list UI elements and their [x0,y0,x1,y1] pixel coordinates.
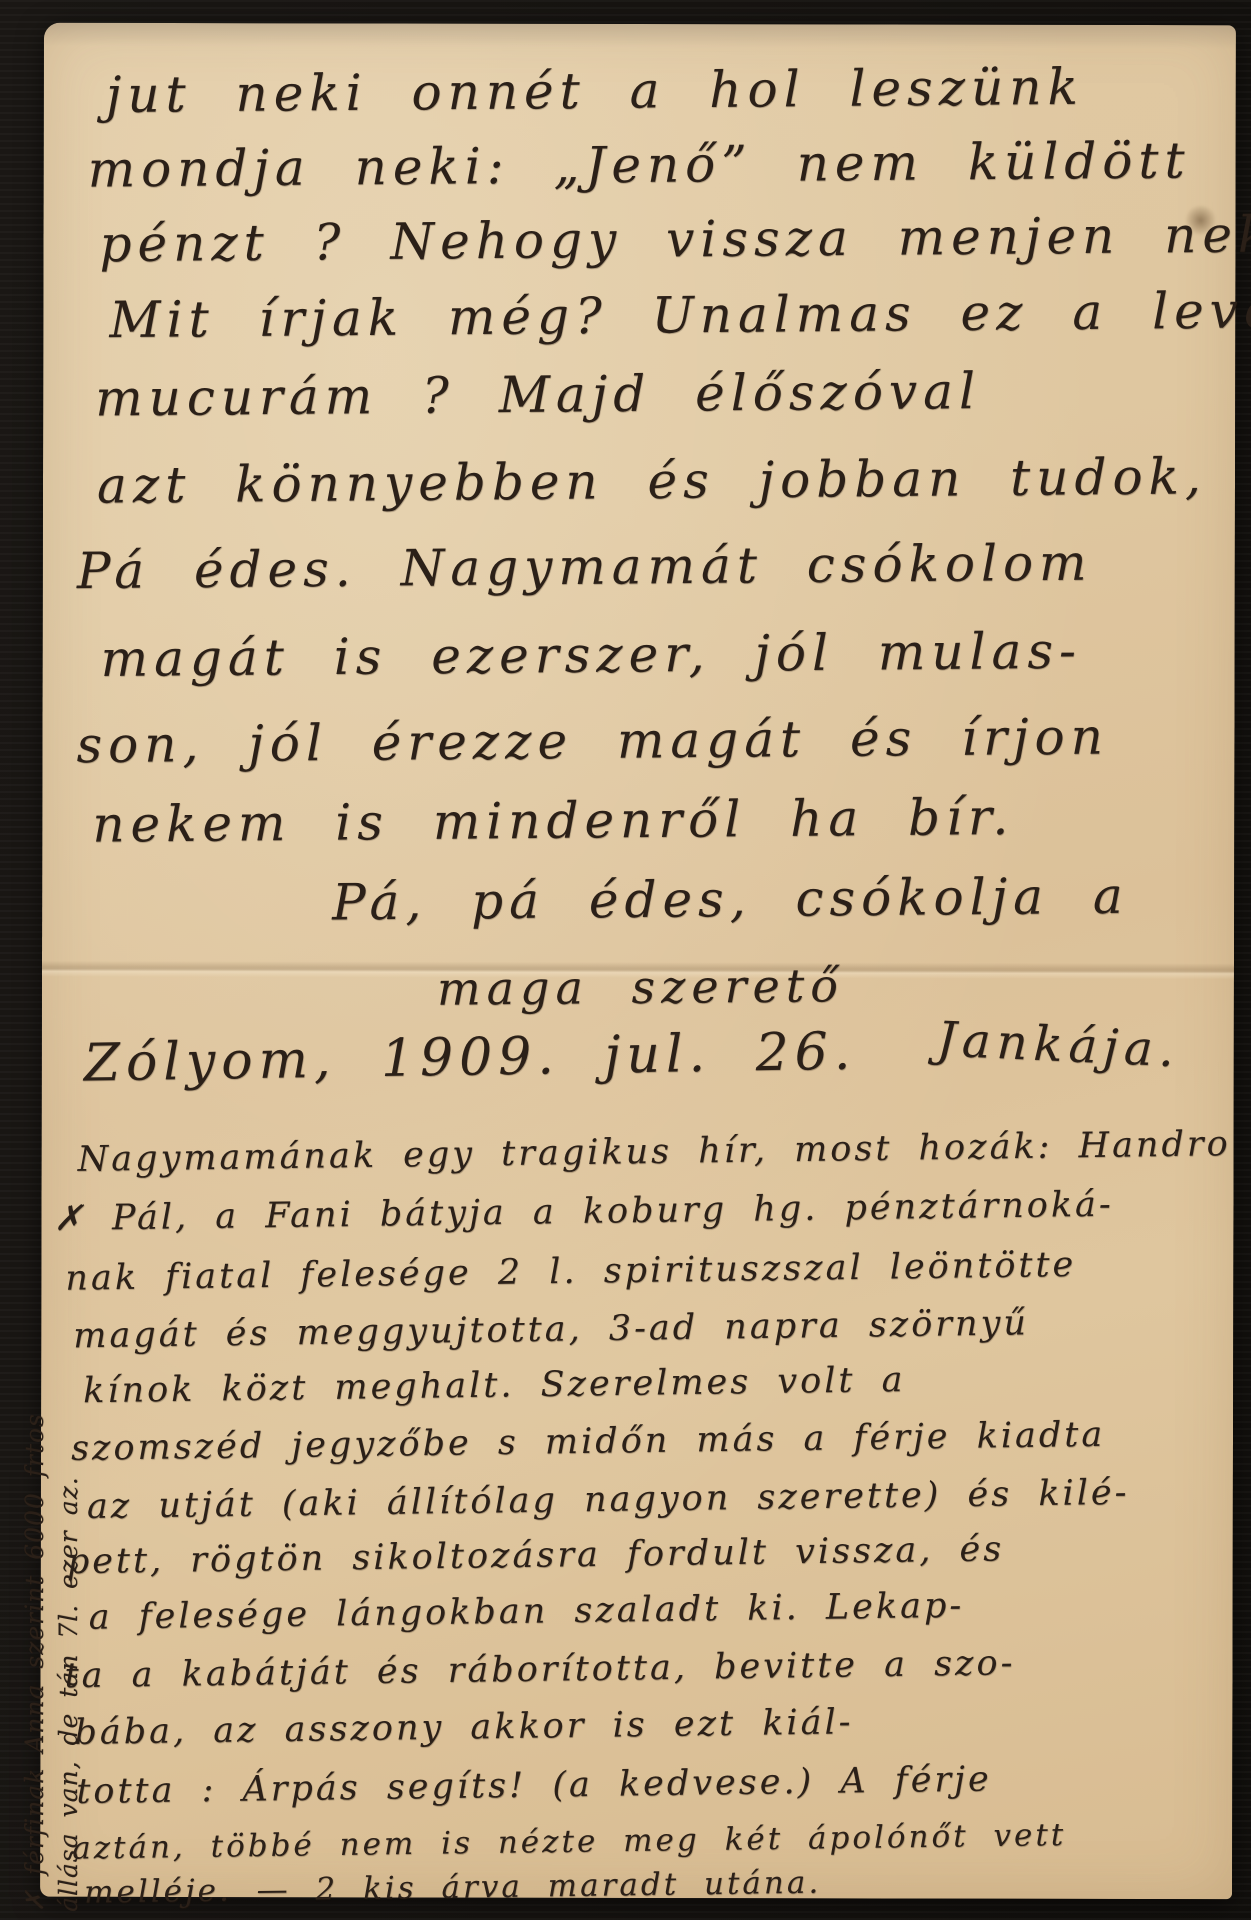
postscript-line: pett, rögtön sikoltozásra fordult vissza… [67,1529,1005,1582]
postscript-line: Nagymamának egy tragikus hír, most hozák… [77,1124,1231,1180]
postscript-line: melléje. — 2 kis árva maradt utána. [84,1865,822,1911]
handwritten-line: jut neki onnét a hol leszünk [106,58,1084,124]
handwritten-line: pénzt ? Nehogy vissza menjen neki: [99,205,1251,273]
postscript-line: bába, az asszony akkor is ezt kiál- [74,1702,854,1753]
margin-note-line: állása van, de tán 7l. ezer az. [52,1112,86,1912]
postscript-line: totta : Árpás segíts! (a kedvese.) A fér… [76,1760,992,1812]
handwritten-line: nekem is mindenről ha bír. [92,788,1014,854]
postscript-line: ta a kabátját és ráborította, bevitte a … [64,1643,1015,1696]
letter-photo: jut neki onnét a hol leszünk mondja neki… [0,0,1251,1920]
postscript-line: kínok közt meghalt. Szerelmes volt a [83,1360,906,1411]
handwritten-line: Pá édes. Nagymamát csókolom [77,534,1093,601]
handwritten-line: magát is ezerszer, jól mulas- [100,622,1082,688]
margin-note-line: ✗ férfinak Anna szerint 6000 frtos [18,1112,52,1912]
handwritten-line: azt könnyebben és jobban tudok, [97,447,1207,514]
margin-note: ✗ férfinak Anna szerint 6000 frtos állás… [18,1112,86,1912]
letter-paper: jut neki onnét a hol leszünk mondja neki… [40,23,1236,1899]
closing-line: Pá, pá édes, csókolja a [332,867,1129,932]
postscript-line: az utját (aki állítólag nagyon szerette)… [87,1473,1130,1527]
signature: Jankája. [936,1011,1182,1078]
postscript-line: aztán, többé nem is nézte meg két ápolón… [72,1817,1067,1867]
handwritten-line: son, jól érezze magát és írjon [76,708,1109,775]
postscript-line: ✗ Pál, a Fani bátyja a koburg hg. pénztá… [53,1185,1114,1239]
postscript-line: szomszéd jegyzőbe s midőn más a férje ki… [71,1415,1106,1469]
handwritten-line: mondja neki: „Jenő” nem küldött [87,131,1190,198]
handwritten-line: mucurám ? Majd élőszóval [95,362,981,427]
dateline: Zólyom, 1909. jul. 26. [83,1022,856,1094]
postscript-line: a felesége lángokban szaladt ki. Lekap- [88,1586,964,1638]
postscript-line: nak fiatal felesége 2 l. spirituszszal l… [65,1245,1076,1299]
handwritten-line: Mit írjak még? Unalmas ez a levél [109,281,1251,349]
closing-line: maga szerető [437,958,844,1015]
postscript-line: magát és meggyujtotta, 3-ad napra szörny… [73,1303,1029,1356]
